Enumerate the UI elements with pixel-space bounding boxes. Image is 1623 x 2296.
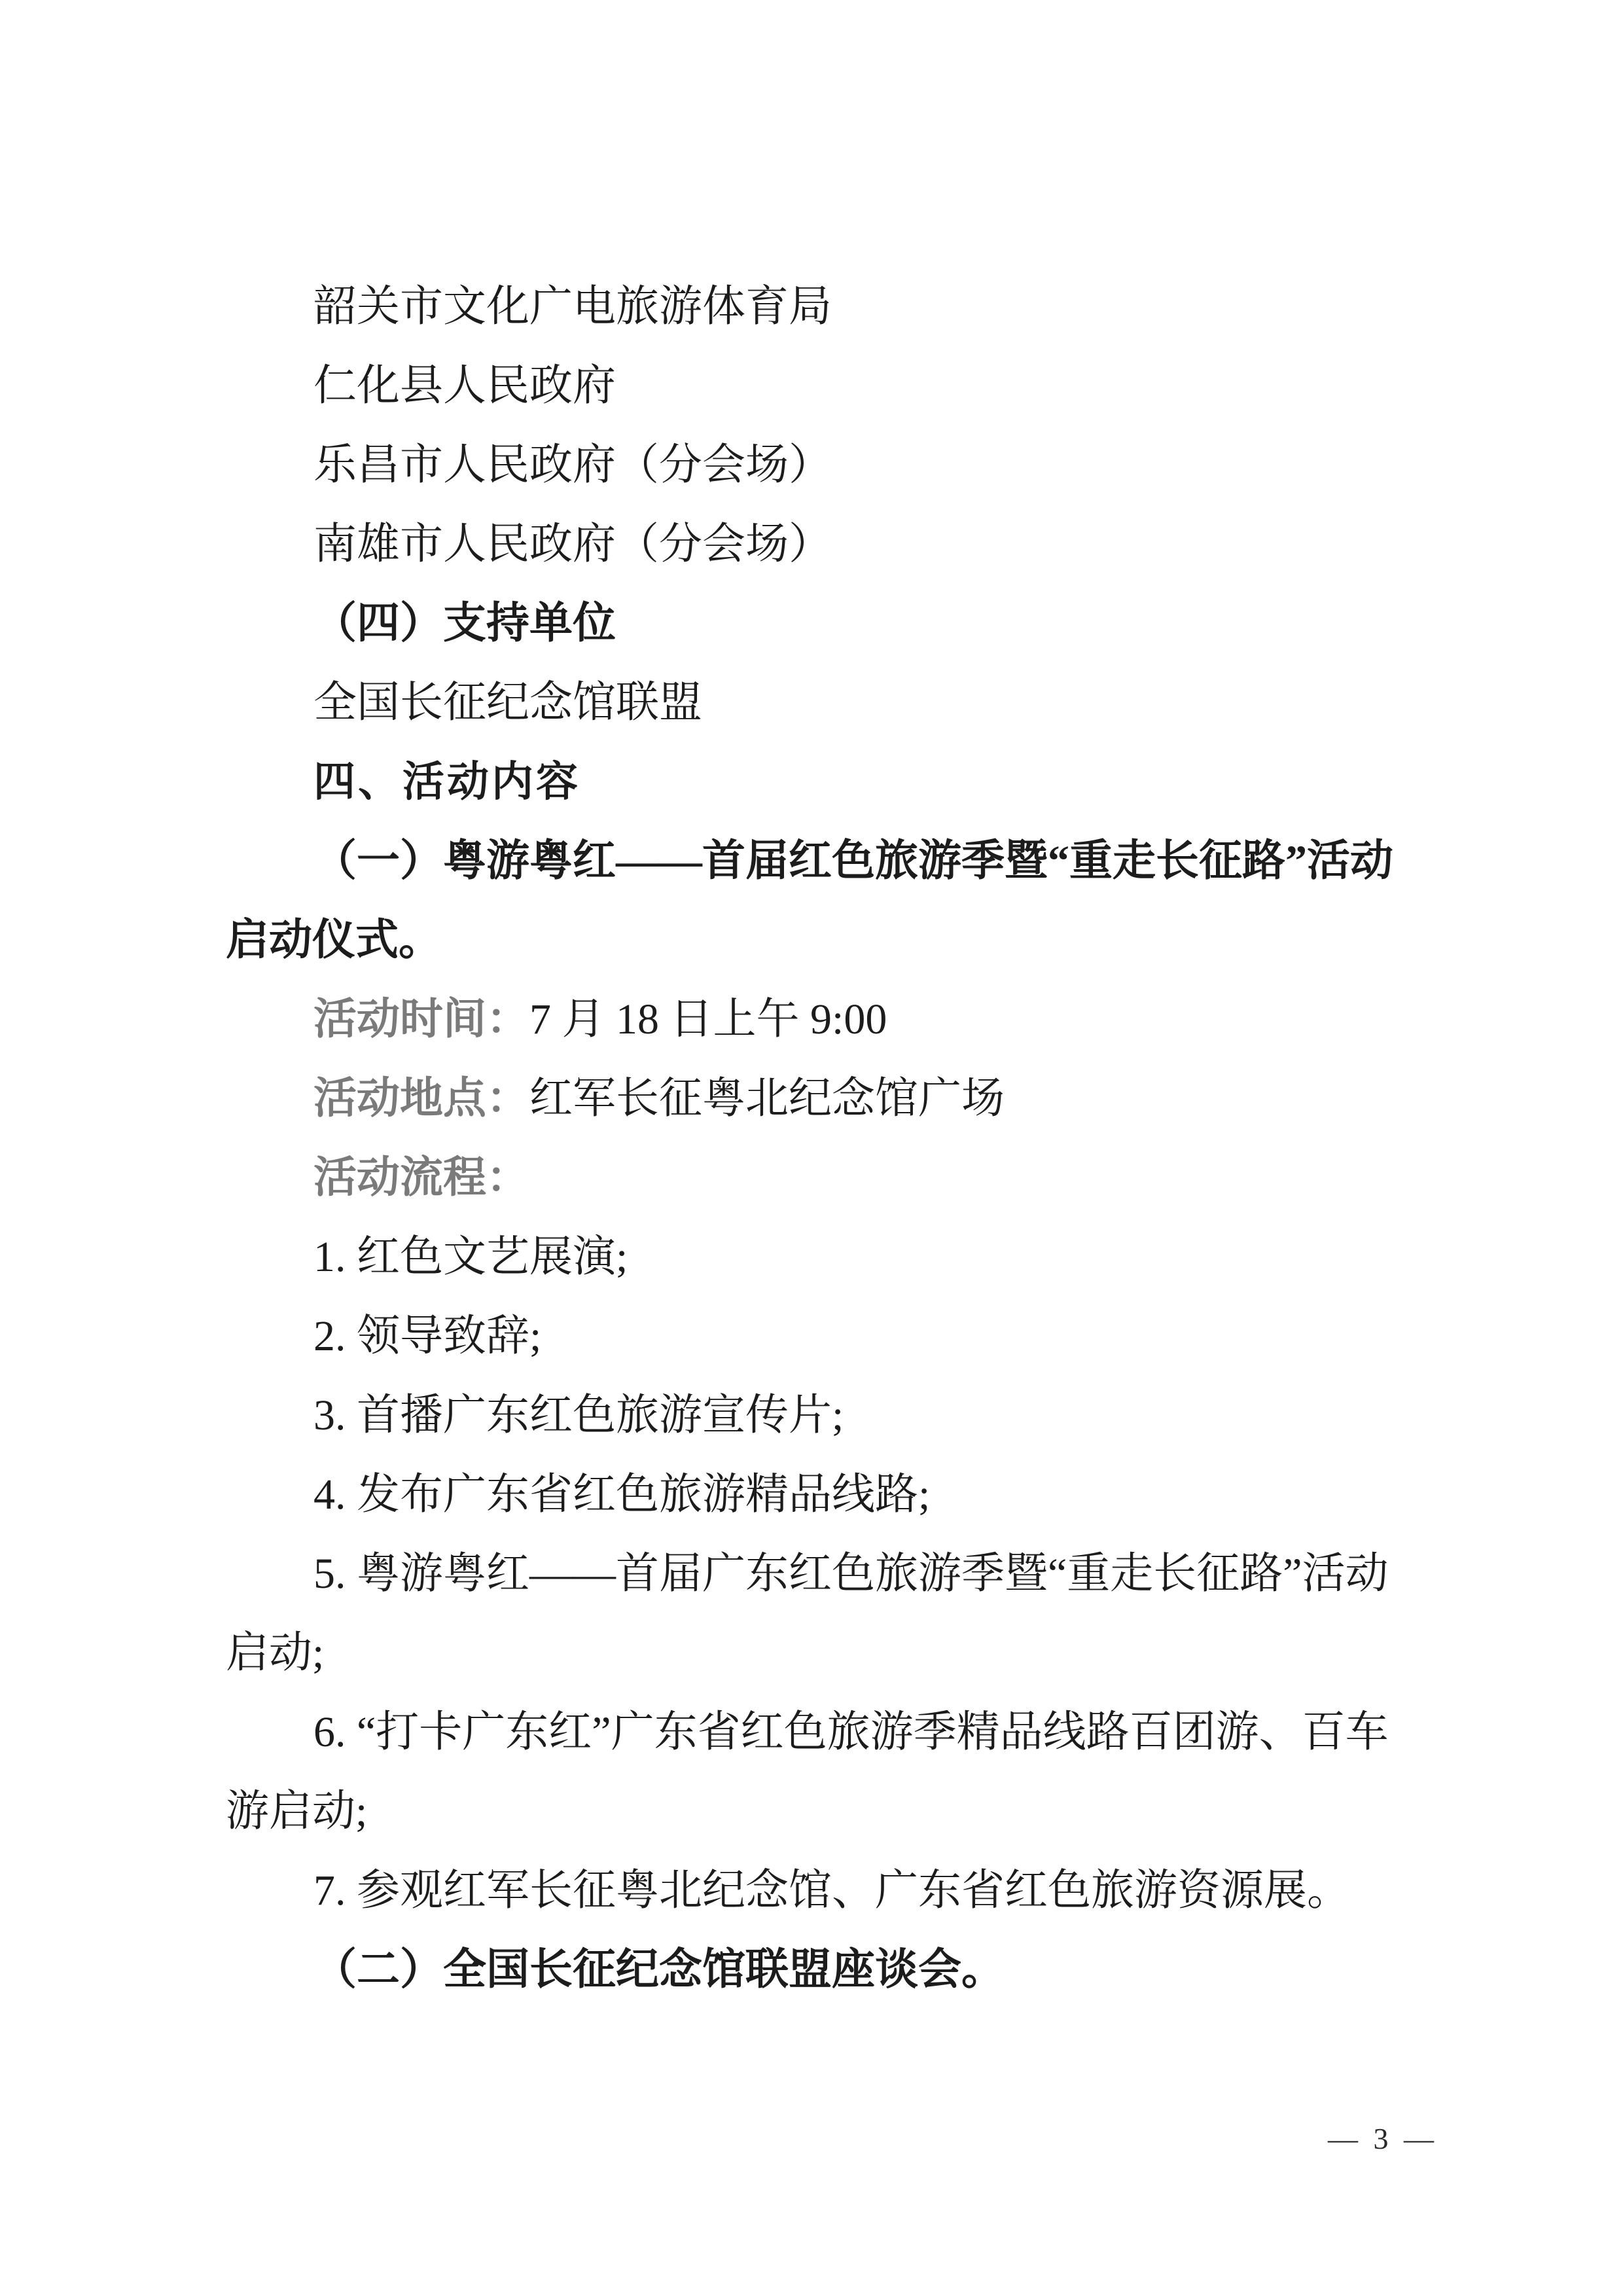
organizer-line: 乐昌市人民政府（分会场）: [226, 425, 1456, 505]
support-unit-line: 全国长征纪念馆联盟: [226, 663, 1456, 742]
activity-place-label: 活动地点：: [313, 1075, 529, 1122]
document-page: 韶关市文化广电旅游体育局 仁化县人民政府 乐昌市人民政府（分会场） 南雄市人民政…: [0, 0, 1623, 2296]
organizer-line: 仁化县人民政府: [226, 346, 1456, 425]
flow-item: 1. 红色文艺展演;: [226, 1217, 1456, 1297]
item1-title-line2: 启动仪式。: [226, 901, 1456, 980]
flow-item-continuation: 启动;: [226, 1613, 1456, 1693]
activity-time-value: 7 月 18 日上午 9:00: [529, 996, 887, 1043]
activity-place-line: 活动地点：红军长征粤北纪念馆广场: [226, 1059, 1456, 1138]
item2-heading: （二）全国长征纪念馆联盟座谈会。: [226, 1930, 1456, 2009]
item1-title-line1: （一）粤游粤红——首届红色旅游季暨“重走长征路”活动: [226, 821, 1456, 901]
activity-flow-label: 活动流程：: [313, 1154, 529, 1202]
flow-item: 3. 首播广东红色旅游宣传片;: [226, 1376, 1456, 1455]
support-unit-heading: （四）支持单位: [226, 584, 1456, 663]
activity-flow-line: 活动流程：: [226, 1138, 1456, 1217]
activity-time-label: 活动时间：: [313, 996, 529, 1043]
flow-item: 2. 领导致辞;: [226, 1297, 1456, 1376]
flow-item-continuation: 游启动;: [226, 1772, 1456, 1851]
document-body: 韶关市文化广电旅游体育局 仁化县人民政府 乐昌市人民政府（分会场） 南雄市人民政…: [226, 267, 1456, 2009]
flow-item: 5. 粤游粤红——首届广东红色旅游季暨“重走长征路”活动: [226, 1534, 1456, 1613]
organizer-line: 韶关市文化广电旅游体育局: [226, 267, 1456, 346]
flow-item: 6. “打卡广东红”广东省红色旅游季精品线路百团游、百车: [226, 1693, 1456, 1772]
flow-item: 7. 参观红军长征粤北纪念馆、广东省红色旅游资源展。: [226, 1851, 1456, 1930]
organizer-line: 南雄市人民政府（分会场）: [226, 505, 1456, 584]
activity-place-value: 红军长征粤北纪念馆广场: [529, 1075, 1005, 1122]
activity-time-line: 活动时间：7 月 18 日上午 9:00: [226, 980, 1456, 1059]
flow-item: 4. 发布广东省红色旅游精品线路;: [226, 1455, 1456, 1534]
page-number: — 3 —: [1328, 2119, 1438, 2159]
section-heading: 四、活动内容: [226, 742, 1456, 821]
